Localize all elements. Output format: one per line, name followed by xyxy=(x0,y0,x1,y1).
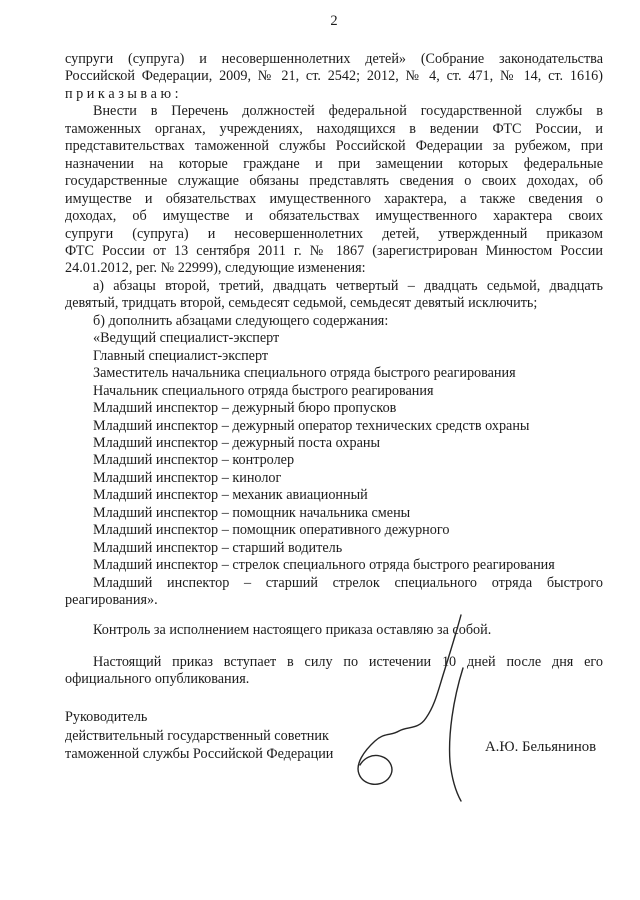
subitem-a-line: девятый, тридцать второй, семьдесят седь… xyxy=(65,295,603,312)
subitem-a-line: а) абзацы второй, третий, двадцать четве… xyxy=(65,278,603,295)
list-item-line: реагирования». xyxy=(65,592,603,609)
document-line: 24.01.2012, рег. № 22999), следующие изм… xyxy=(65,260,603,277)
document-line: имуществе и обязательствах имущественног… xyxy=(65,191,603,208)
document-line: Российской Федерации, 2009, № 21, ст. 25… xyxy=(65,68,603,85)
list-item-line: «Ведущий специалист-эксперт xyxy=(65,330,603,347)
document-line: назначении на которые граждане и при зам… xyxy=(65,156,603,173)
list-item-line: Младший инспектор – кинолог xyxy=(65,470,603,487)
list-item-line: Заместитель начальника специального отря… xyxy=(65,365,603,382)
list-item-line: Младший инспектор – стрелок специального… xyxy=(65,557,603,574)
signatory-name: А.Ю. Бельянинов xyxy=(485,738,596,756)
effective-date-clause: Настоящий приказ вступает в силу по исте… xyxy=(65,654,603,671)
list-item-line: Младший инспектор – старший водитель xyxy=(65,540,603,557)
document-line: супруги (супруга) и несовершеннолетних д… xyxy=(65,51,603,68)
list-item-line: Младший инспектор – механик авиационный xyxy=(65,487,603,504)
document-line: представительствах таможенной службы Рос… xyxy=(65,138,603,155)
subitem-b-line: б) дополнить абзацами следующего содержа… xyxy=(65,313,603,330)
document-line: Внести в Перечень должностей федеральной… xyxy=(65,103,603,120)
list-item-line: Младший инспектор – дежурный поста охран… xyxy=(65,435,603,452)
control-clause: Контроль за исполнением настоящего прика… xyxy=(65,622,603,639)
document-line: ФТС России от 13 сентября 2011 г. № 1867… xyxy=(65,243,603,260)
page-number: 2 xyxy=(65,13,603,30)
list-item-line: Младший инспектор – дежурный бюро пропус… xyxy=(65,400,603,417)
list-item-line: Главный специалист-эксперт xyxy=(65,348,603,365)
effective-date-clause: официального опубликования. xyxy=(65,671,603,688)
document-line: супруги (супруга) и несовершеннолетних д… xyxy=(65,226,603,243)
list-item-line: Младший инспектор – дежурный оператор те… xyxy=(65,418,603,435)
spacer xyxy=(65,610,603,622)
list-item-line: Младший инспектор – старший стрелок спец… xyxy=(65,575,603,592)
list-item-line: Младший инспектор – помощник оперативног… xyxy=(65,522,603,539)
document-line: таможенных органах, учреждениях, находящ… xyxy=(65,121,603,138)
document-line: государственные служащие обязаны предста… xyxy=(65,173,603,190)
signatory-title-line: Руководитель xyxy=(65,708,603,726)
document-line: доходах, об имуществе и обязательствах и… xyxy=(65,208,603,225)
order-word-line: п р и к а з ы в а ю : xyxy=(65,86,603,103)
list-item-line: Младший инспектор – помощник начальника … xyxy=(65,505,603,522)
document-page: 2 супруги (супруга) и несовершеннолетних… xyxy=(0,0,640,900)
list-item-line: Младший инспектор – контролер xyxy=(65,452,603,469)
document-content: 2 супруги (супруга) и несовершеннолетних… xyxy=(65,13,603,763)
spacer xyxy=(65,689,603,709)
spacer xyxy=(65,639,603,654)
list-item-line: Начальник специального отряда быстрого р… xyxy=(65,383,603,400)
